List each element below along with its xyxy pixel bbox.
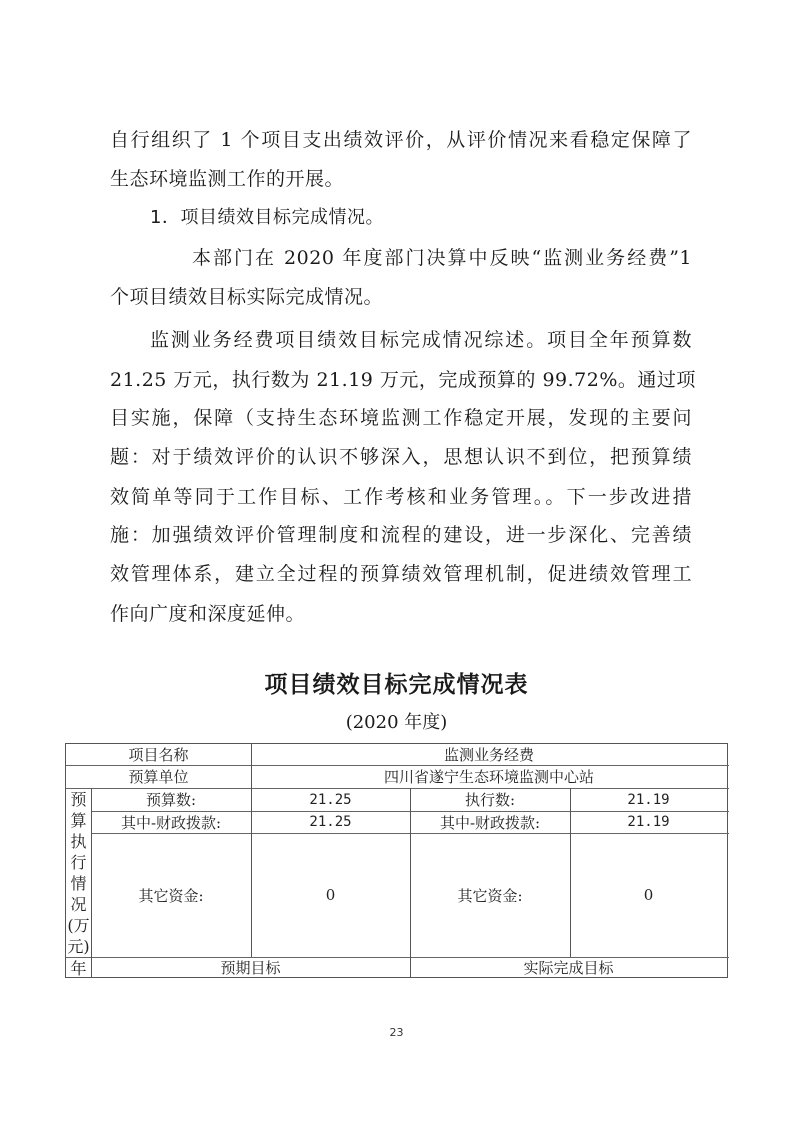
side-label-char: 行: [70, 852, 86, 873]
project-name-label: 项目名称: [66, 744, 251, 765]
execution-label: 执行数:: [410, 788, 570, 811]
execution-value: 21.19: [570, 788, 727, 811]
page-number: 23: [0, 1026, 793, 1039]
side-label-char: 情: [70, 873, 86, 894]
budget-execution-side-label: 预 算 执 行 情 况 (万 元): [66, 788, 91, 957]
fiscal-allocation-budget-label: 其中-财政拨款:: [91, 811, 251, 833]
paragraph-line: 目实施，保障（支持生态环境监测工作稳定开展，发现的主要问: [110, 406, 692, 430]
paragraph-line: 生态环境监测工作的开展。: [110, 167, 692, 191]
project-name-value: 监测业务经费: [251, 744, 727, 765]
other-funds-budget-value: 0: [251, 833, 410, 957]
side-label-char: 况: [70, 894, 86, 915]
paragraph-line: 效管理体系，建立全过程的预算绩效管理机制，促进绩效管理工: [110, 562, 692, 586]
side-label-char: (万: [67, 915, 89, 936]
side-label-char: 元): [67, 936, 89, 957]
fiscal-allocation-exec-value: 21.19: [570, 811, 727, 833]
budget-unit-label: 预算单位: [66, 765, 251, 788]
other-funds-budget-label: 其它资金:: [91, 833, 251, 957]
fiscal-allocation-exec-label: 其中-财政拨款:: [410, 811, 570, 833]
paragraph-line: 个项目绩效目标实际完成情况。: [110, 285, 692, 309]
budget-unit-value: 四川省遂宁生态环境监测中心站: [251, 765, 727, 788]
fiscal-allocation-budget-value: 21.25: [251, 811, 410, 833]
paragraph-line: 施：加强绩效评价管理制度和流程的建设，进一步深化、完善绩: [110, 523, 692, 547]
budget-label: 预算数:: [91, 788, 251, 811]
performance-table: 项目名称 监测业务经费 预算单位 四川省遂宁生态环境监测中心站 预 算 执 行 …: [65, 743, 728, 978]
paragraph-line: 自行组织了 1 个项目支出绩效评价，从评价情况来看稳定保障了: [110, 128, 692, 152]
side-label-char: 执: [70, 831, 86, 852]
other-funds-exec-value: 0: [570, 833, 727, 957]
side-label-char: 算: [70, 810, 86, 831]
side-label-char: 预: [70, 789, 86, 810]
paragraph-line: 效简单等同于工作目标、工作考核和业务管理。。下一步改进措: [110, 485, 692, 509]
table-title: 项目绩效目标完成情况表: [0, 666, 793, 699]
paragraph-line: 作向广度和深度延伸。: [110, 602, 692, 626]
paragraph-line: 题：对于绩效评价的认识不够深入，思想认识不到位，把预算绩: [110, 445, 692, 469]
paragraph-line: 监测业务经费项目绩效目标完成情况综述。项目全年预算数: [150, 328, 692, 352]
paragraph-line: 21.25 万元，执行数为 21.19 万元，完成预算的 99.72%。通过项: [110, 368, 692, 392]
budget-value: 21.25: [251, 788, 410, 811]
other-funds-exec-label: 其它资金:: [410, 833, 570, 957]
section-heading: 1．项目绩效目标完成情况。: [150, 206, 732, 230]
paragraph-line: 本部门在 2020 年度部门决算中反映“监测业务经费”1: [192, 246, 692, 270]
actual-goal-header: 实际完成目标: [410, 957, 727, 977]
table-subtitle: (2020 年度): [0, 708, 793, 734]
expected-goal-header: 预期目标: [91, 957, 410, 977]
year-label: 年: [66, 957, 91, 977]
